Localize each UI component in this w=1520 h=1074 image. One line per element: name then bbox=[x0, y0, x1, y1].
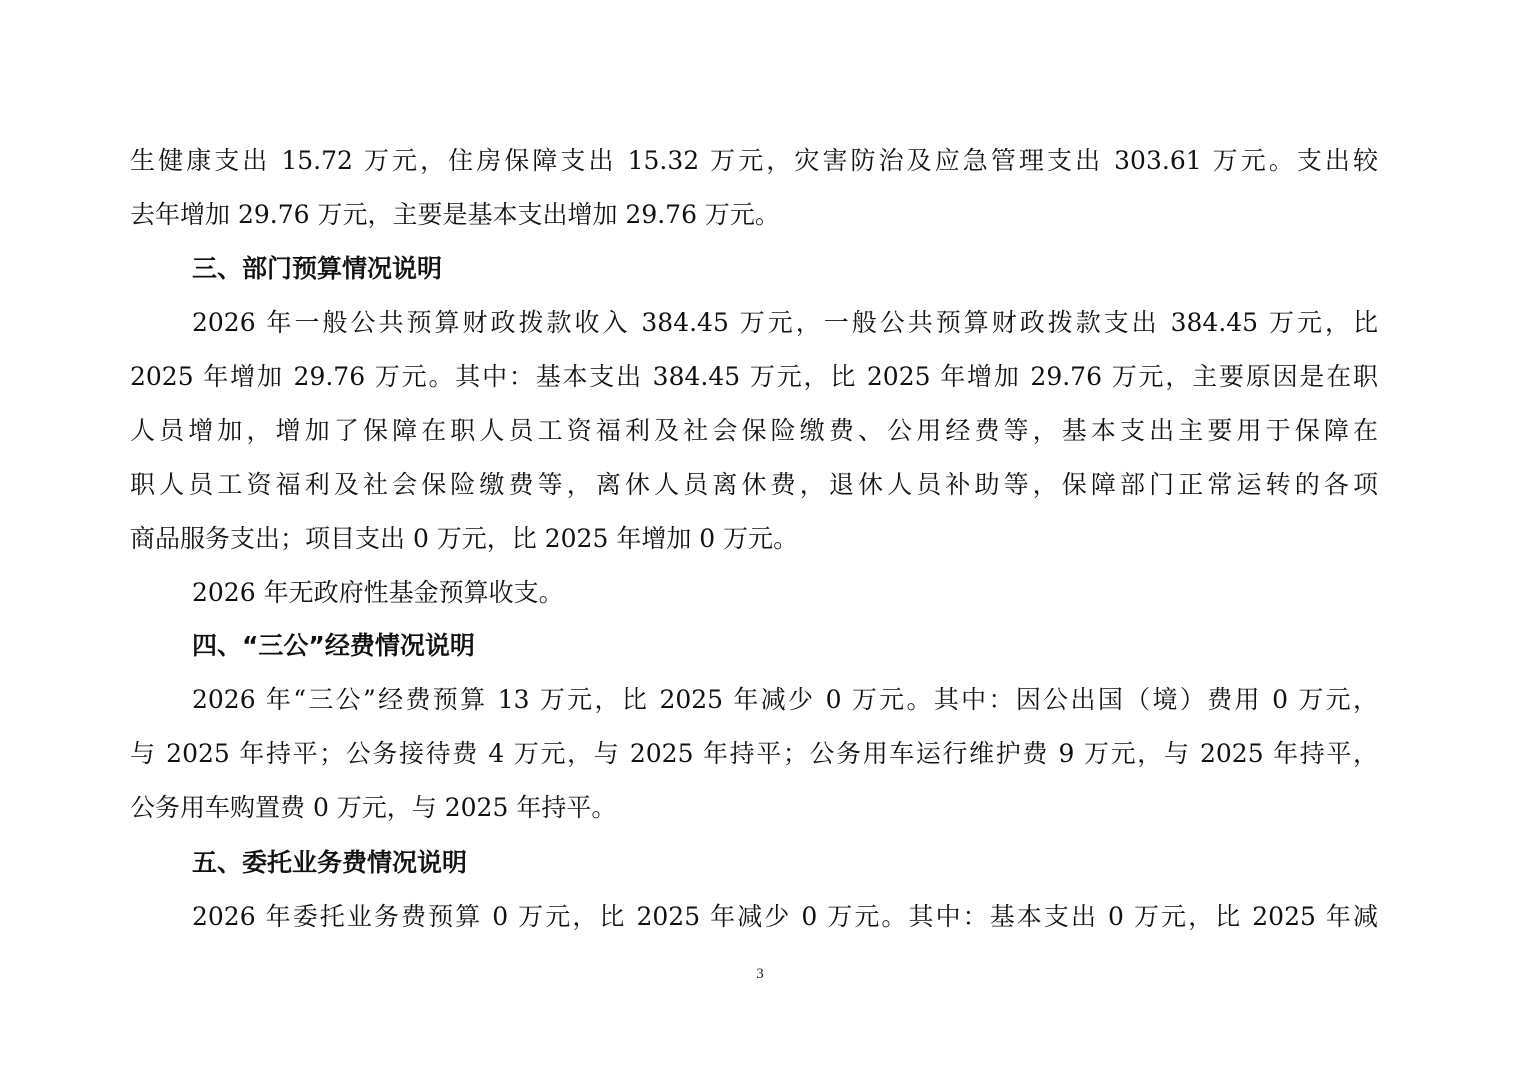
paragraph-line: 2026 年委托业务费预算 0 万元，比 2025 年减少 0 万元。其中：基本… bbox=[192, 899, 1378, 935]
paragraph-line: 职人员工资福利及社会保险缴费等，离休人员离休费，退休人员补助等，保障部门正常运转… bbox=[130, 467, 1378, 503]
paragraph-line: 人员增加，增加了保障在职人员工资福利及社会保险缴费、公用经费等，基本支出主要用于… bbox=[130, 413, 1378, 449]
section-heading-5: 五、委托业务费情况说明 bbox=[192, 845, 1378, 881]
section-heading-3: 三、部门预算情况说明 bbox=[192, 251, 1378, 287]
document-page: 生健康支出 15.72 万元，住房保障支出 15.32 万元，灾害防治及应急管理… bbox=[0, 0, 1520, 1074]
paragraph-line: 2026 年一般公共预算财政拨款收入 384.45 万元，一般公共预算财政拨款支… bbox=[192, 305, 1378, 341]
paragraph-line: 生健康支出 15.72 万元，住房保障支出 15.32 万元，灾害防治及应急管理… bbox=[130, 143, 1378, 179]
paragraph-line: 2026 年“三公”经费预算 13 万元，比 2025 年减少 0 万元。其中：… bbox=[192, 682, 1378, 718]
paragraph-line: 与 2025 年持平；公务接待费 4 万元，与 2025 年持平；公务用车运行维… bbox=[130, 736, 1378, 772]
paragraph-line: 去年增加 29.76 万元，主要是基本支出增加 29.76 万元。 bbox=[130, 197, 1378, 233]
paragraph-line: 公务用车购置费 0 万元，与 2025 年持平。 bbox=[130, 790, 1378, 826]
section-heading-4: 四、“三公”经费情况说明 bbox=[192, 628, 1378, 664]
page-number: 3 bbox=[740, 966, 780, 983]
paragraph-line: 2025 年增加 29.76 万元。其中：基本支出 384.45 万元，比 20… bbox=[130, 359, 1378, 395]
paragraph-line: 2026 年无政府性基金预算收支。 bbox=[192, 575, 1378, 611]
paragraph-line: 商品服务支出；项目支出 0 万元，比 2025 年增加 0 万元。 bbox=[130, 521, 1378, 557]
